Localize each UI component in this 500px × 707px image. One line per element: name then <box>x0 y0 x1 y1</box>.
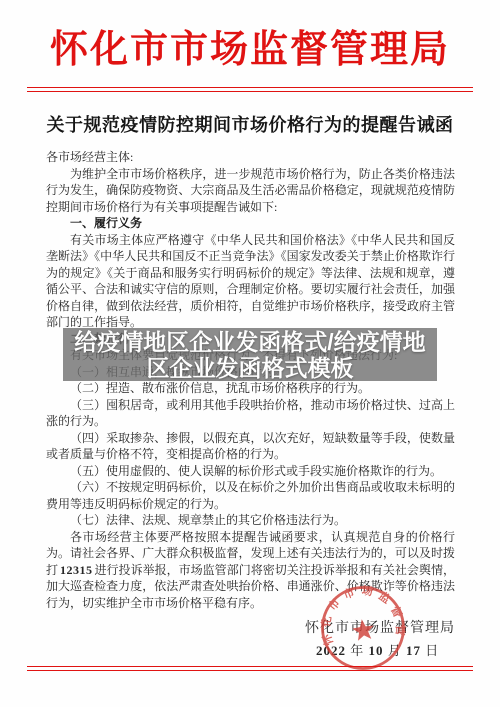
prohibited-item-6: （六）不按规定明码标价，以及在标价之外加价出售商品或收取未标明的费用等违反明码标… <box>46 479 455 512</box>
date-year: 2022 <box>316 643 346 658</box>
date-day: 17 <box>406 643 421 658</box>
date-month-label: 月 <box>388 643 402 658</box>
closing-text-post: 进行投诉举报，市场监管部门将密切关注投诉举报和有关社会舆情，加大巡查检查力度，依… <box>46 563 455 610</box>
watermark-text: 给疫情地区企业发函格式/给疫情地区企业发函格式模板 <box>63 329 437 381</box>
prohibited-item-5: （五）使用虚假的、使人误解的标价形式或手段实施价格欺诈的行为。 <box>46 463 455 480</box>
header-divider-line <box>27 87 473 92</box>
date-day-label: 日 <box>425 643 439 658</box>
prohibited-item-3: （三）囤积居奇，或利用其他手段哄抬价格，推动市场价格过快、过高上涨的行为。 <box>46 397 455 430</box>
prohibited-item-7: （七）法律、法规、规章禁止的其它价格违法行为。 <box>46 512 455 529</box>
prohibited-item-2: （二）捏造、散布涨价信息，扰乱市场价格秩序的行为。 <box>46 380 455 397</box>
document-page: 怀化市市场监督管理局 关于规范疫情防控期间市场价格行为的提醒告诫函 各市场经营主… <box>0 0 500 707</box>
signature-org: 怀化市市场监督管理局 <box>305 617 455 637</box>
section-heading-obligations: 一、履行义务 <box>46 215 455 232</box>
salutation: 各市场经营主体: <box>46 149 455 166</box>
hotline-number: 12315 <box>60 563 93 577</box>
prohibited-item-4: （四）采取掺杂、掺假，以假充真，以次充好，短缺数量等手段，使数量或者质量与价格不… <box>46 430 455 463</box>
watermark-overlay: 给疫情地区企业发函格式/给疫情地区企业发函格式模板 <box>63 328 437 381</box>
date-year-label: 年 <box>350 643 364 658</box>
document-title: 关于规范疫情防控期间市场价格行为的提醒告诫函 <box>0 111 500 137</box>
footer-divider-line <box>27 666 473 671</box>
date-month: 10 <box>369 643 384 658</box>
paragraph-intro: 为维护全市市场价格秩序，进一步规范市场价格行为，防止各类价格违法行为发生，确保防… <box>46 166 455 216</box>
signature-date: 2022 年 10 月 17 日 <box>316 640 439 659</box>
document-header-org: 怀化市市场监督管理局 <box>0 18 500 73</box>
paragraph-obligations: 有关市场主体应严格遵守《中华人民共和国价格法》《中华人民共和国反垄断法》《中华人… <box>46 232 455 331</box>
paragraph-closing: 各市场经营主体要严格按照本提醒告诫函要求，认真规范自身的价格行为。请社会各界、广… <box>46 529 455 612</box>
